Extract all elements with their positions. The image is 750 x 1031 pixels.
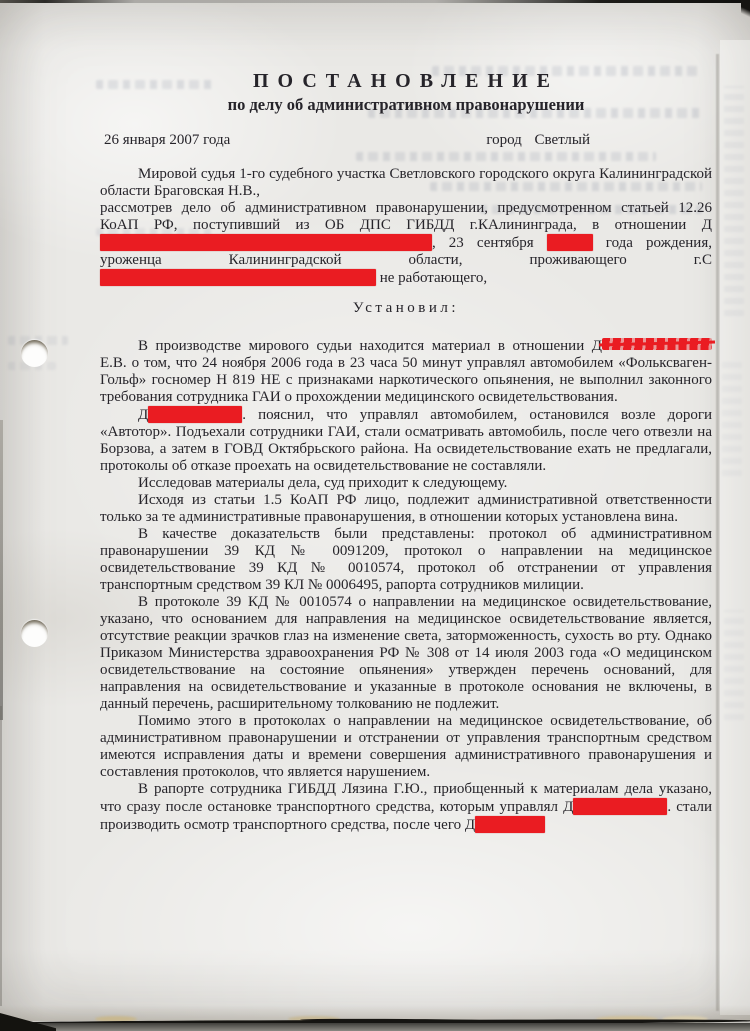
punch-hole-bottom — [21, 620, 48, 647]
redaction-block — [475, 816, 545, 833]
case-intro-paragraph: рассмотрев дело об административном прав… — [100, 200, 712, 287]
evidence-paragraph: В качестве доказательств были представле… — [100, 526, 712, 594]
scan-edge-left — [0, 706, 2, 1006]
protocol-analysis-paragraph: В протоколе 39 КД № 0010574 о направлени… — [100, 594, 712, 713]
redaction-block — [100, 234, 432, 251]
document-date: 26 января 2007 года — [104, 132, 230, 149]
document-place: город Светлый — [486, 132, 590, 149]
article-15-paragraph: Исходя из статьи 1.5 КоАП РФ лицо, подле… — [100, 492, 712, 526]
page-fold-highlight — [720, 40, 750, 1015]
redaction-block — [547, 234, 593, 251]
page-fold-crease — [716, 54, 719, 1011]
redaction-block — [573, 798, 667, 815]
scan-edge-corner — [741, 0, 750, 24]
redaction-block — [100, 269, 376, 286]
case-material-paragraph: В производстве мирового судьи находится … — [100, 338, 712, 406]
punch-hole-top — [21, 340, 48, 367]
court-conclusion-intro-paragraph: Исследовав материалы дела, суд приходит … — [100, 475, 712, 492]
report-paragraph: В рапорте сотрудника ГИБДД Лязина Г.Ю., … — [100, 781, 712, 834]
established-heading: Установил: — [100, 300, 712, 317]
redaction-strikethrough — [602, 338, 712, 350]
document-body: Мировой судья 1-го судебного участка Све… — [100, 166, 712, 834]
corrections-paragraph: Помимо этого в протоколах о направлении … — [100, 713, 712, 781]
document-subtitle: по делу об административном правонарушен… — [100, 95, 712, 115]
explanation-paragraph: Д. пояснил, что управлял автомобилем, ос… — [100, 406, 712, 475]
scan-background-bottom — [0, 1023, 750, 1031]
judge-paragraph: Мировой судья 1-го судебного участка Све… — [100, 166, 712, 200]
dateline: 26 января 2007 года город Светлый — [100, 132, 712, 149]
document-title: ПОСТАНОВЛЕНИЕ — [100, 70, 712, 93]
document-content: ПОСТАНОВЛЕНИЕ по делу об административно… — [100, 0, 712, 834]
scan-edge-left — [0, 420, 3, 720]
scanned-document-page: ПОСТАНОВЛЕНИЕ по делу об административно… — [0, 0, 750, 1031]
redaction-block — [148, 406, 242, 423]
